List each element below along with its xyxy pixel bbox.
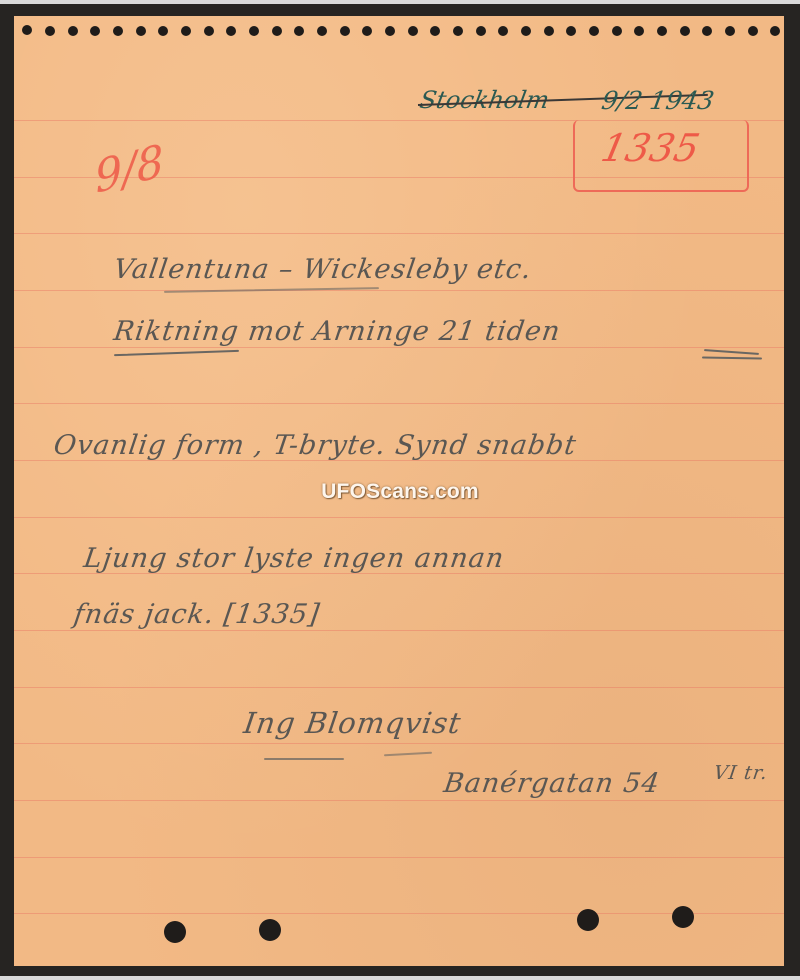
body-line-5: fnäs jack. [1335] bbox=[72, 599, 322, 630]
ruled-line bbox=[14, 743, 784, 744]
double-underline bbox=[702, 356, 762, 359]
archive-number: 1335 bbox=[597, 126, 703, 170]
punch-hole bbox=[259, 919, 281, 941]
watermark: UFOScans.com bbox=[292, 480, 508, 504]
date: 9/2 1943 bbox=[599, 86, 716, 115]
signature-name: Ing Blomqvist bbox=[242, 706, 464, 740]
ruled-line bbox=[14, 630, 784, 631]
body-line-1: Vallentuna – Wickesleby etc. bbox=[112, 254, 534, 285]
punch-hole bbox=[577, 909, 599, 931]
ruled-line bbox=[14, 800, 784, 801]
body-line-4: Ljung stor lyste ingen annan bbox=[82, 543, 507, 574]
signature-address: Banérgatan 54 bbox=[442, 768, 662, 799]
ruled-line bbox=[14, 233, 784, 234]
body-line-2: Riktning mot Arninge 21 tiden bbox=[112, 316, 563, 347]
signature-underline bbox=[384, 752, 432, 757]
red-date-mark: 9/8 bbox=[93, 135, 165, 204]
underline bbox=[114, 350, 239, 356]
ruled-line bbox=[14, 517, 784, 518]
ruled-line bbox=[14, 857, 784, 858]
signature-floor: VI tr. bbox=[712, 762, 769, 784]
double-underline bbox=[704, 349, 759, 355]
ruled-line bbox=[14, 403, 784, 404]
ruled-line bbox=[14, 290, 784, 291]
ruled-line bbox=[14, 687, 784, 688]
punch-hole bbox=[672, 906, 694, 928]
ruled-line bbox=[14, 347, 784, 348]
signature-underline bbox=[264, 758, 344, 760]
ruled-line bbox=[14, 913, 784, 914]
punch-hole bbox=[164, 921, 186, 943]
body-line-3: Ovanlig form , T-bryte. Synd snabbt bbox=[52, 430, 579, 461]
